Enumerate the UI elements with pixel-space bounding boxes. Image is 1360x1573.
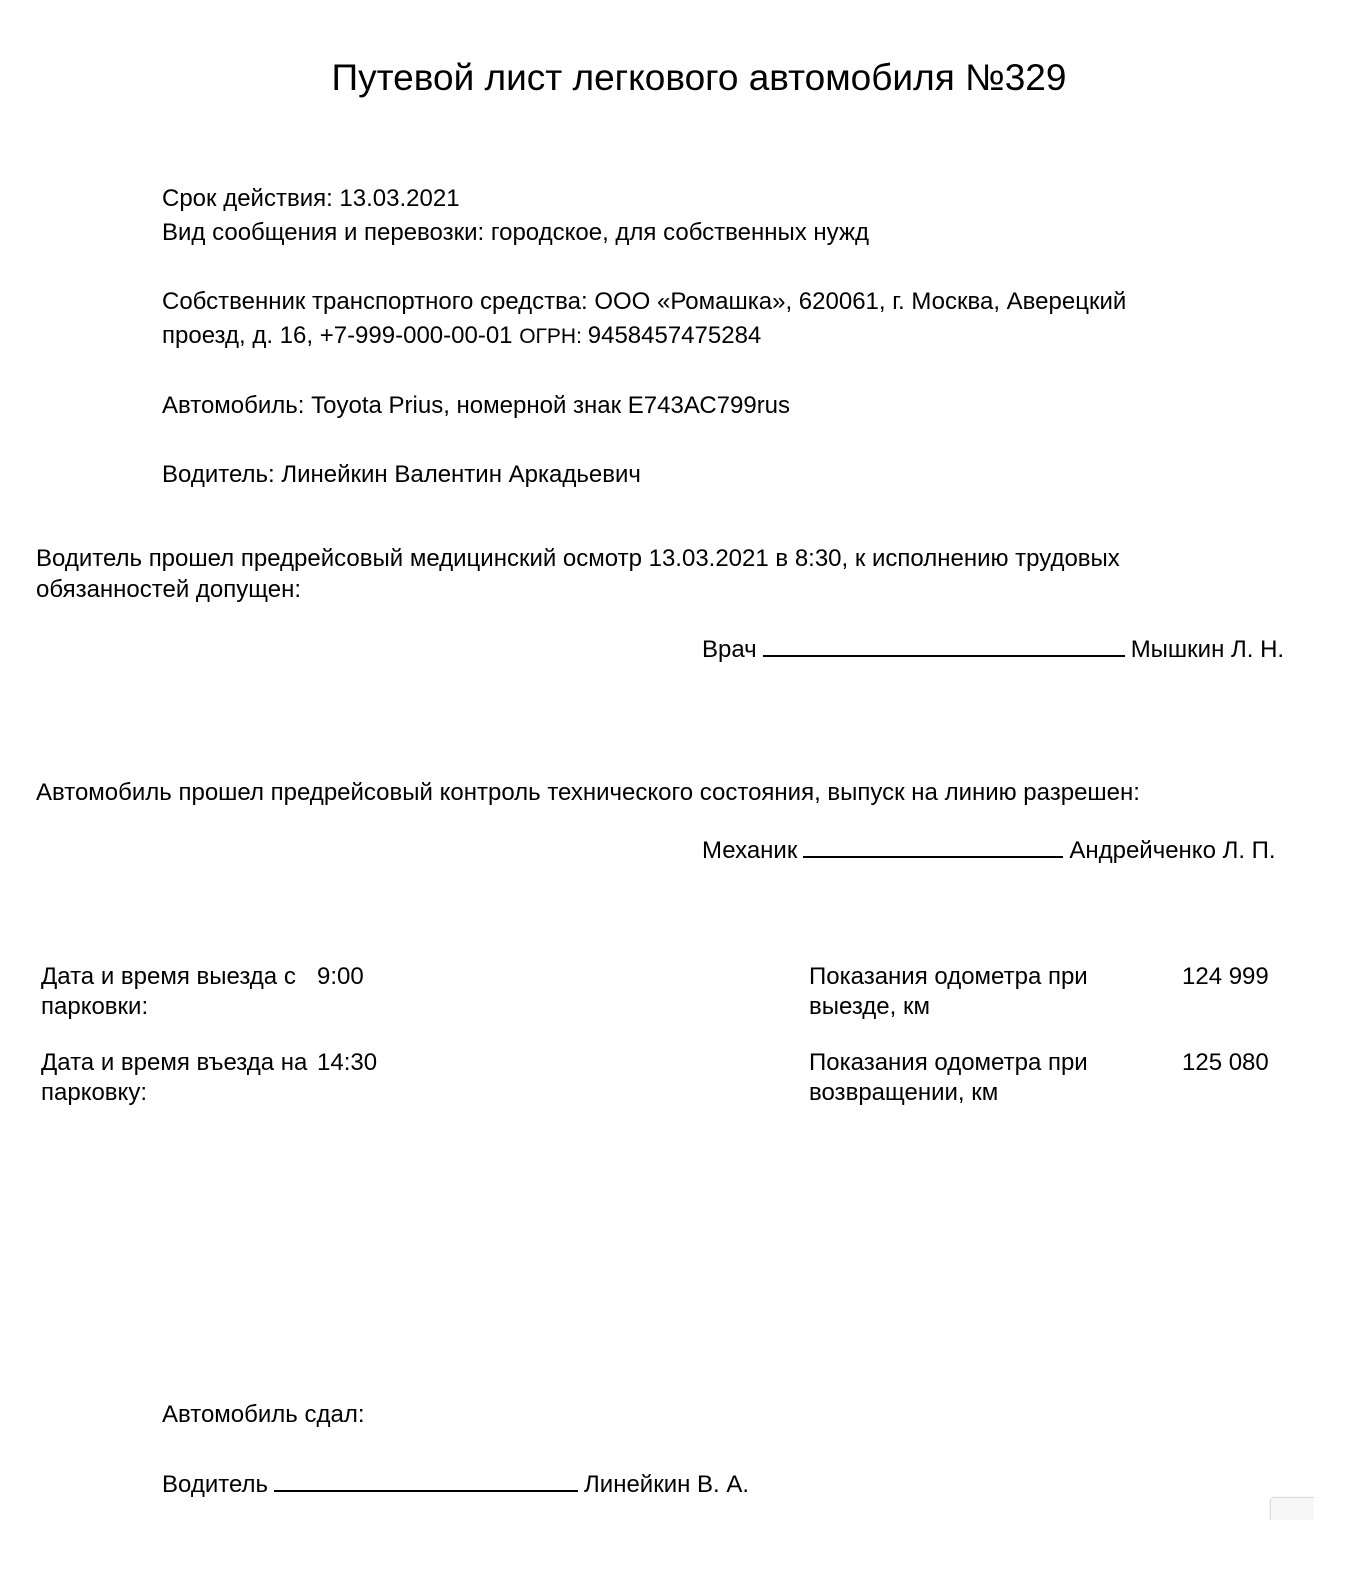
odometer-in-value: 125 080 xyxy=(1182,1048,1269,1078)
service-type-text: Вид сообщения и перевозки: городское, дл… xyxy=(162,216,869,250)
odometer-out-label: Показания одометра при выезде, км xyxy=(809,962,1129,1022)
owner-address: проезд, д. 16, +7-999-000-00-01 xyxy=(162,322,519,349)
driver-text: Водитель: Линейкин Валентин Аркадьевич xyxy=(162,458,641,492)
ogrn-label: ОГРН: xyxy=(519,325,588,348)
medical-text-line1: Водитель прошел предрейсовый медицинский… xyxy=(36,543,1120,574)
floating-widget[interactable] xyxy=(1260,1490,1314,1520)
vehicle-text: Автомобиль: Toyota Prius, номерной знак … xyxy=(162,389,790,423)
mechanic-signature-line xyxy=(803,832,1063,858)
departure-value: 9:00 xyxy=(317,962,364,992)
driver-role: Водитель xyxy=(162,1471,268,1498)
medical-text-line2: обязанностей допущен: xyxy=(36,574,301,605)
odometer-in-label: Показания одометра при возвращении, км xyxy=(809,1048,1129,1108)
handover-label: Автомобиль сдал: xyxy=(162,1398,365,1432)
arrival-value: 14:30 xyxy=(317,1048,377,1078)
validity-text: Срок действия: 13.03.2021 xyxy=(162,182,460,216)
mechanic-name: Андрейченко Л. П. xyxy=(1069,837,1275,864)
doctor-signature-row: ВрачМышкин Л. Н. xyxy=(702,631,1284,667)
doctor-signature-line xyxy=(763,631,1125,657)
ogrn-value: 9458457475284 xyxy=(588,322,762,349)
departure-label: Дата и время выезда с парковки: xyxy=(41,962,301,1022)
document-title: Путевой лист легкового автомобиля №329 xyxy=(0,56,1360,100)
owner-text-line2: проезд, д. 16, +7-999-000-00-01 ОГРН: 94… xyxy=(162,319,761,354)
driver-name: Линейкин В. А. xyxy=(584,1471,749,1498)
technical-text: Автомобиль прошел предрейсовый контроль … xyxy=(36,777,1140,808)
floating-widget-panel[interactable] xyxy=(1270,1497,1314,1520)
doctor-name: Мышкин Л. Н. xyxy=(1131,636,1284,663)
driver-signature-row: ВодительЛинейкин В. А. xyxy=(162,1466,749,1502)
odometer-out-value: 124 999 xyxy=(1182,962,1269,992)
owner-text-line1: Собственник транспортного средства: ООО … xyxy=(162,285,1126,319)
driver-signature-line xyxy=(274,1466,578,1492)
mechanic-role: Механик xyxy=(702,837,797,864)
mechanic-signature-row: МеханикАндрейченко Л. П. xyxy=(702,832,1276,868)
doctor-role: Врач xyxy=(702,636,757,663)
arrival-label: Дата и время въезда на парковку: xyxy=(41,1048,311,1108)
